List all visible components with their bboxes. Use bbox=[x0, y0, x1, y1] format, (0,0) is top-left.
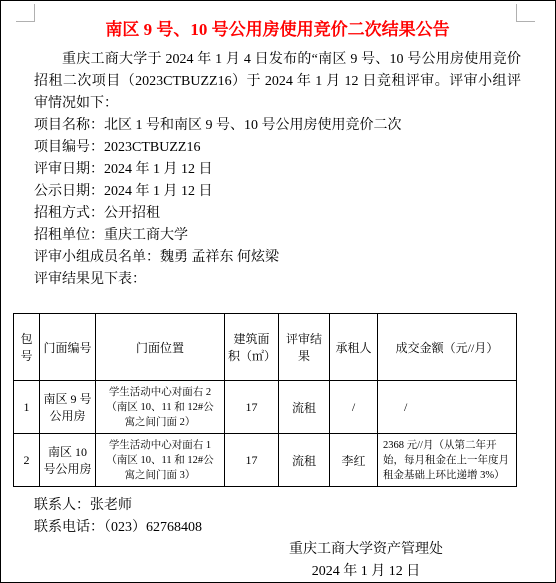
info-line-project-name: 项目名称：北区 1 号和南区 9 号、10 号公用房使用竞价二次 bbox=[34, 115, 521, 137]
contact-person-line: 联系人：张老师 bbox=[34, 495, 521, 517]
document-page: 南区 9 号、10 号公用房使用竞价二次结果公告 重庆工商大学于 2024 年 … bbox=[0, 0, 556, 583]
cell-review-result: 流租 bbox=[279, 434, 330, 487]
header-review-result: 评审结果 bbox=[279, 314, 330, 381]
cell-lessee: 李红 bbox=[330, 434, 378, 487]
info-line-review-panel: 评审小组成员名单：魏勇 孟祥东 何炫梁 bbox=[34, 247, 521, 269]
intro-paragraph: 重庆工商大学于 2024 年 1 月 4 日发布的“南区 9 号、10 号公用房… bbox=[34, 49, 521, 115]
cell-deal-amount: 2368 元//月（从第二年开始，每月租金在上一年度月租金基础上环比递增 3%） bbox=[378, 434, 517, 487]
contact-phone-line: 联系电话：（023）62768408 bbox=[34, 517, 521, 539]
info-line-leasing-unit: 招租单位：重庆工商大学 bbox=[34, 225, 521, 247]
header-deal-amount: 成交金额（元//月） bbox=[378, 314, 517, 381]
info-line-project-number: 项目编号：2023CTBUZZ16 bbox=[34, 137, 521, 159]
table-header-row: 包号 门面编号 门面位置 建筑面积（㎡） 评审结果 承租人 成交金额（元//月） bbox=[14, 314, 517, 381]
cell-storefront-location: 学生活动中心对面右 1（南区 10、11 和 12#公寓之间门面 3） bbox=[96, 434, 225, 487]
cell-deal-amount: / bbox=[378, 381, 517, 434]
cell-building-area: 17 bbox=[225, 381, 279, 434]
cell-storefront-location: 学生活动中心对面右 2（南区 10、11 和 12#公寓之间门面 2） bbox=[96, 381, 225, 434]
header-building-area: 建筑面积（㎡） bbox=[225, 314, 279, 381]
document-content: 南区 9 号、10 号公用房使用竞价二次结果公告 重庆工商大学于 2024 年 … bbox=[1, 1, 555, 583]
text-boundary-corner-mark-right bbox=[516, 4, 535, 22]
cell-lessee: / bbox=[330, 381, 378, 434]
cell-storefront-number: 南区 10 号公用房 bbox=[40, 434, 96, 487]
signature-date: 2024 年 1 月 12 日 bbox=[256, 561, 476, 583]
info-line-review-date: 评审日期：2024 年 1 月 12 日 bbox=[34, 159, 521, 181]
table-row: 1 南区 9 号公用房 学生活动中心对面右 2（南区 10、11 和 12#公寓… bbox=[14, 381, 517, 434]
page-title: 南区 9 号、10 号公用房使用竞价二次结果公告 bbox=[34, 19, 521, 41]
header-lessee: 承租人 bbox=[330, 314, 378, 381]
result-table: 包号 门面编号 门面位置 建筑面积（㎡） 评审结果 承租人 成交金额（元//月）… bbox=[13, 313, 517, 487]
info-line-table-note: 评审结果见下表： bbox=[34, 269, 521, 291]
cell-building-area: 17 bbox=[225, 434, 279, 487]
info-line-leasing-method: 招租方式：公开招租 bbox=[34, 203, 521, 225]
cell-package-number: 1 bbox=[14, 381, 40, 434]
cell-review-result: 流租 bbox=[279, 381, 330, 434]
signature-block: 重庆工商大学资产管理处 2024 年 1 月 12 日 bbox=[256, 539, 476, 583]
header-storefront-number: 门面编号 bbox=[40, 314, 96, 381]
header-storefront-location: 门面位置 bbox=[96, 314, 225, 381]
cell-storefront-number: 南区 9 号公用房 bbox=[40, 381, 96, 434]
header-package-number: 包号 bbox=[14, 314, 40, 381]
table-row: 2 南区 10 号公用房 学生活动中心对面右 1（南区 10、11 和 12#公… bbox=[14, 434, 517, 487]
cell-package-number: 2 bbox=[14, 434, 40, 487]
text-boundary-corner-mark-left bbox=[16, 4, 35, 22]
info-line-publicity-date: 公示日期：2024 年 1 月 12 日 bbox=[34, 181, 521, 203]
signature-org: 重庆工商大学资产管理处 bbox=[256, 539, 476, 561]
